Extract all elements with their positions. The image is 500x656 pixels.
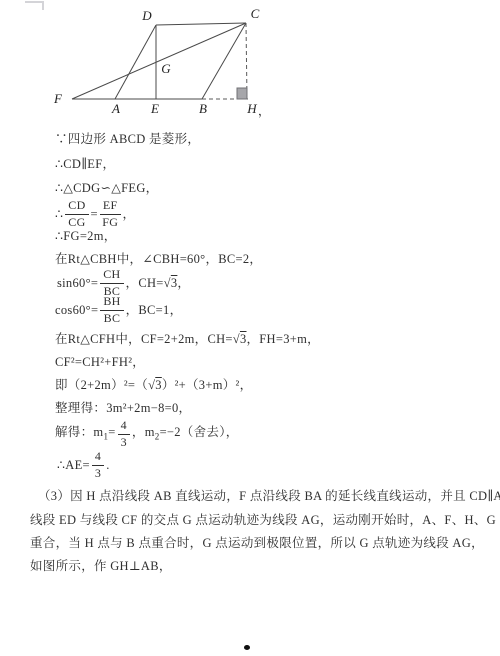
fraction-4-3: 4 3 [118,419,130,450]
solution-step-11: 即（2+2m）²=（√3）²+（3+m）²， [55,377,252,394]
comma-after-H: ， [258,104,270,118]
conclusion-lhs: ∴AE= [57,457,90,474]
part3-paragraph-line-4: 如图所示，作 GH⊥AB， [30,558,172,575]
comma: ， [123,206,136,223]
right-angle-mark [237,88,247,99]
part3-paragraph-line-3: 重合，当 H 点与 B 点重合时，G 点运动到极限位置，所以 G 点轨迹为线段 … [30,535,484,552]
solution-step-13: 解得：m1= 4 3 ，m2=−2（舍去）， [55,419,239,450]
geometry-figure: D C G F A E B H ， [0,0,500,125]
sin-term: sin60°= [57,275,98,292]
roots-lhs: 解得：m1= [55,424,116,446]
vertex-label-G: G [161,61,171,76]
vertex-label-F: F [53,91,63,106]
therefore-symbol: ∴ [55,206,63,223]
segment-FC [72,23,246,99]
vertex-label-D: D [141,8,152,23]
segment-DA [115,25,156,99]
cos-term: cos60°= [55,302,98,319]
sqrt-result: ，CH=√3， [126,275,191,292]
solution-step-14: ∴AE= 4 3 . [57,450,110,481]
vertex-label-H: H [246,101,257,116]
fraction-4-3: 4 3 [92,450,104,481]
solution-step-7: sin60°= CH BC ，CH=√3， [57,268,190,299]
solution-step-6: 在Rt△CBH中，∠CBH=60°，BC=2， [55,251,262,268]
vertex-label-E: E [150,101,159,116]
solution-step-4: ∴ CD CG = EF FG ， [55,199,135,230]
radical-sign: √ [164,276,171,290]
part3-paragraph-line-1: （3）因 H 点沿线段 AB 直线运动，F 点沿线段 BA 的延长线直线运动，并… [38,488,500,505]
fraction-CD-CG: CD CG [65,199,88,230]
part3-paragraph-line-2: 线段 ED 与线段 CF 的交点 G 点运动轨迹为线段 AG，运动刚开始时，A、… [30,512,500,529]
fraction-EF-FG: EF FG [100,199,121,230]
radical-sign: √ [233,332,240,346]
equals-sign: = [91,206,98,223]
vertex-label-C: C [251,6,260,21]
vertex-label-A: A [111,101,120,116]
solution-step-10: CF²=CH²+FH²， [55,354,145,371]
ink-dot [244,645,250,650]
segment-DC [156,23,246,25]
solution-step-2: ∴CD∥EF， [55,156,115,173]
solution-step-12: 整理得：3m²+2m−8=0， [55,400,191,417]
solution-step-8: cos60°= BH BC ，BC=1， [55,295,182,326]
solution-step-3: ∴△CDG∽△FEG， [55,180,158,197]
solution-step-9: 在Rt△CFH中，CF=2+2m，CH=√3，FH=3+m， [55,331,320,348]
roots-rhs: ，m2=−2（舍去）， [132,424,239,446]
vertex-label-B: B [199,101,207,116]
solution-step-1: ∵四边形 ABCD 是菱形， [55,131,200,148]
document-page: D C G F A E B H ， ∵四边形 ABCD 是菱形， ∴CD∥EF，… [0,0,500,656]
solution-step-5: ∴FG=2m， [55,228,117,245]
cos-result: ，BC=1， [126,302,183,319]
fraction-BH-BC: BH BC [100,295,123,326]
period: . [106,457,109,474]
